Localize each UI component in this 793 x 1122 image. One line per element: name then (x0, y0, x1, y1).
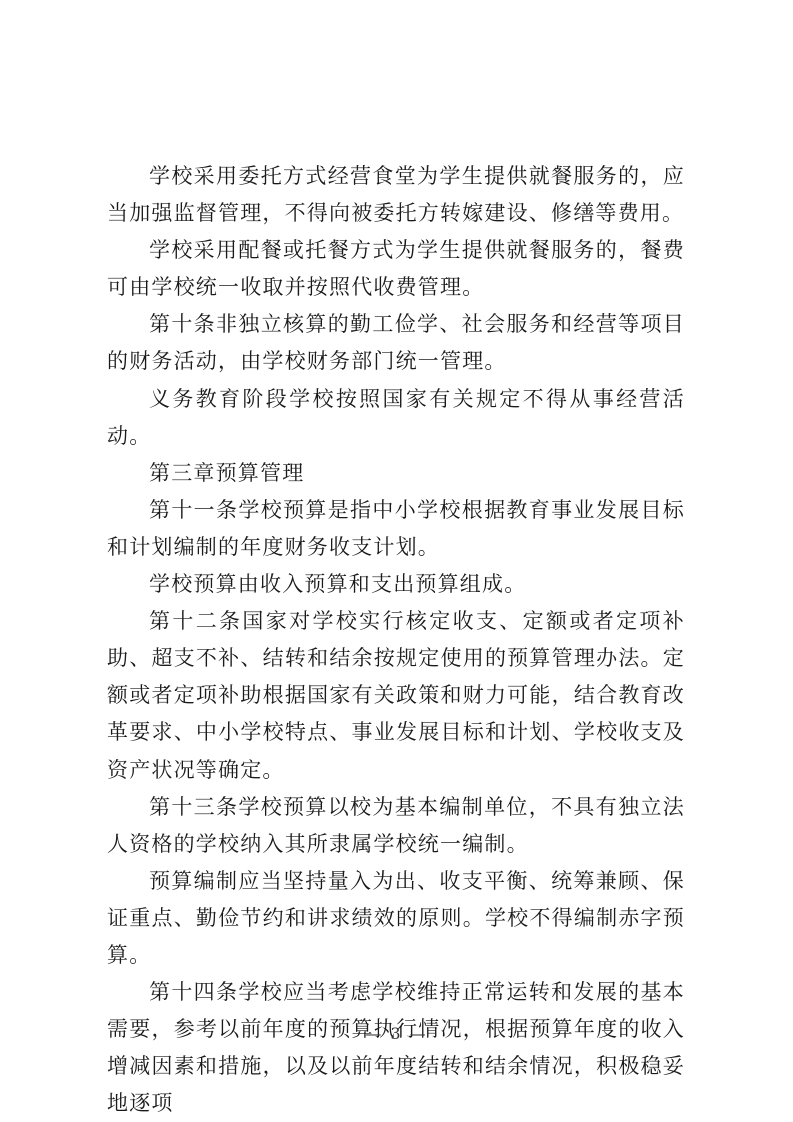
paragraph-compulsory-education: 义务教育阶段学校按照国家有关规定不得从事经营活动。 (107, 381, 685, 455)
paragraph-budget-principles: 预算编制应当坚持量入为出、收支平衡、统筹兼顾、保证重点、勤俭节约和讲求绩效的原则… (107, 863, 685, 974)
paragraph-article-13: 第十三条学校预算以校为基本编制单位，不具有独立法人资格的学校纳入其所隶属学校统一… (107, 789, 685, 863)
paragraph-budget-composition: 学校预算由收入预算和支出预算组成。 (107, 566, 685, 603)
document-page: 学校采用委托方式经营食堂为学生提供就餐服务的，应当加强监督管理，不得向被委托方转… (0, 0, 793, 1122)
paragraph-meal-catering: 学校采用配餐或托餐方式为学生提供就餐服务的，餐费可由学校统一收取并按照代收费管理… (107, 232, 685, 306)
paragraph-article-14: 第十四条学校应当考虑学校维持正常运转和发展的基本需要，参考以前年度的预算执行情况… (107, 974, 685, 1122)
paragraph-article-12: 第十二条国家对学校实行核定收支、定额或者定项补助、超支不补、结转和结余按规定使用… (107, 603, 685, 788)
page-number: — 3 — (0, 1024, 793, 1043)
paragraph-article-11: 第十一条学校预算是指中小学校根据教育事业发展目标和计划编制的年度财务收支计划。 (107, 492, 685, 566)
chapter-heading-budget-management: 第三章预算管理 (107, 455, 685, 492)
document-body: 学校采用委托方式经营食堂为学生提供就餐服务的，应当加强监督管理，不得向被委托方转… (107, 158, 685, 1122)
paragraph-article-10: 第十条非独立核算的勤工俭学、社会服务和经营等项目的财务活动，由学校财务部门统一管… (107, 306, 685, 380)
paragraph-canteen-entrusted: 学校采用委托方式经营食堂为学生提供就餐服务的，应当加强监督管理，不得向被委托方转… (107, 158, 685, 232)
